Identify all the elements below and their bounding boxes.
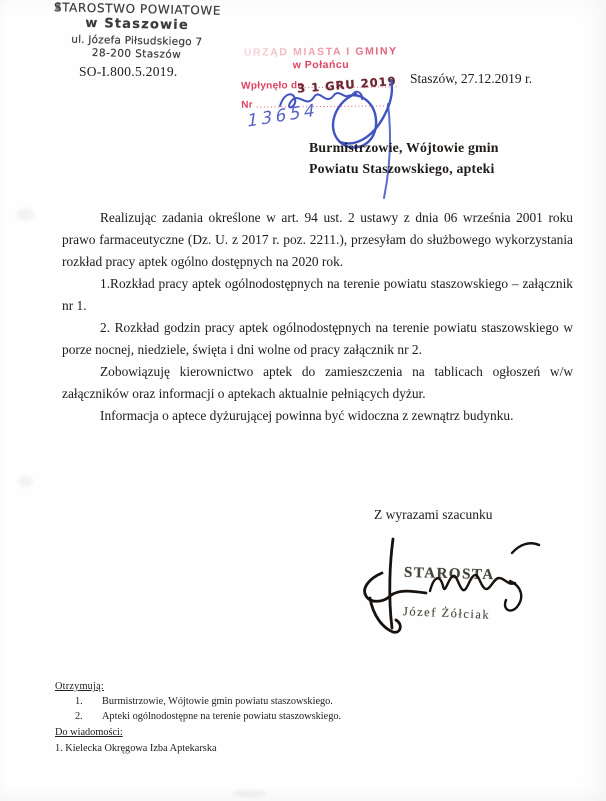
pen-paraph bbox=[296, 56, 408, 206]
number-label: Nr bbox=[241, 100, 253, 111]
received-heading: Otrzymują: bbox=[55, 681, 475, 692]
handwritten-signature bbox=[360, 536, 550, 640]
letterhead-postal: 28-200 Staszów bbox=[51, 46, 221, 62]
list-item-text: Burmistrzowie, Wójtowie gmin powiatu sta… bbox=[102, 696, 333, 707]
addressee-line1: Burmistrzowie, Wójtowie gmin bbox=[309, 137, 499, 158]
scan-artifact bbox=[16, 208, 34, 221]
list-item-text: Apteki ogólnodostępne na terenie powiatu… bbox=[102, 711, 341, 722]
list-item: 1. Burmistrzowie, Wójtowie gmin powiatu … bbox=[75, 696, 475, 707]
body-paragraph: Informacja o aptece dyżurującej powinna … bbox=[62, 405, 573, 427]
body-paragraph: 2. Rozkład godzin pracy aptek ogólnodost… bbox=[62, 317, 573, 361]
closing-salutation: Z wyrazami szacunku bbox=[374, 507, 492, 523]
addressee-block: Burmistrzowie, Wójtowie gmin Powiatu Sta… bbox=[309, 137, 499, 179]
letterhead-stamp: STAROSTWO POWIATOWE w Staszowie ul. Józe… bbox=[51, 0, 222, 62]
distribution-list: Otrzymują: 1. Burmistrzowie, Wójtowie gm… bbox=[55, 681, 475, 754]
list-item-number: 1. bbox=[75, 696, 102, 707]
list-item: 2. Apteki ogólnodostępne na terenie powi… bbox=[75, 711, 475, 722]
cc-heading: Do wiadomości: bbox=[55, 727, 475, 738]
reference-number: SO-I.800.5.2019. bbox=[79, 64, 178, 80]
scan-artifact bbox=[18, 476, 33, 487]
addressee-line2: Powiatu Staszowskiego, apteki bbox=[309, 158, 499, 179]
letter-body: Realizując zadania określone w art. 94 u… bbox=[62, 207, 573, 427]
list-item-number: 2. bbox=[75, 711, 102, 722]
letterhead-org-city: w Staszowie bbox=[52, 15, 222, 34]
scan-artifact bbox=[232, 790, 266, 797]
body-paragraph: Zobowiązuję kierownictwo aptek do zamies… bbox=[62, 361, 573, 405]
body-paragraph: 1.Rozkład pracy aptek ogólnodostępnych n… bbox=[62, 273, 573, 317]
body-paragraph: Realizując zadania określone w art. 94 u… bbox=[62, 207, 573, 273]
cc-item: 1. Kielecka Okręgowa Izba Aptekarska bbox=[55, 743, 475, 754]
dateline: Staszów, 27.12.2019 r. bbox=[410, 71, 532, 87]
scanned-letter-page: STAROSTWO POWIATOWE w Staszowie ul. Józe… bbox=[0, 0, 606, 801]
